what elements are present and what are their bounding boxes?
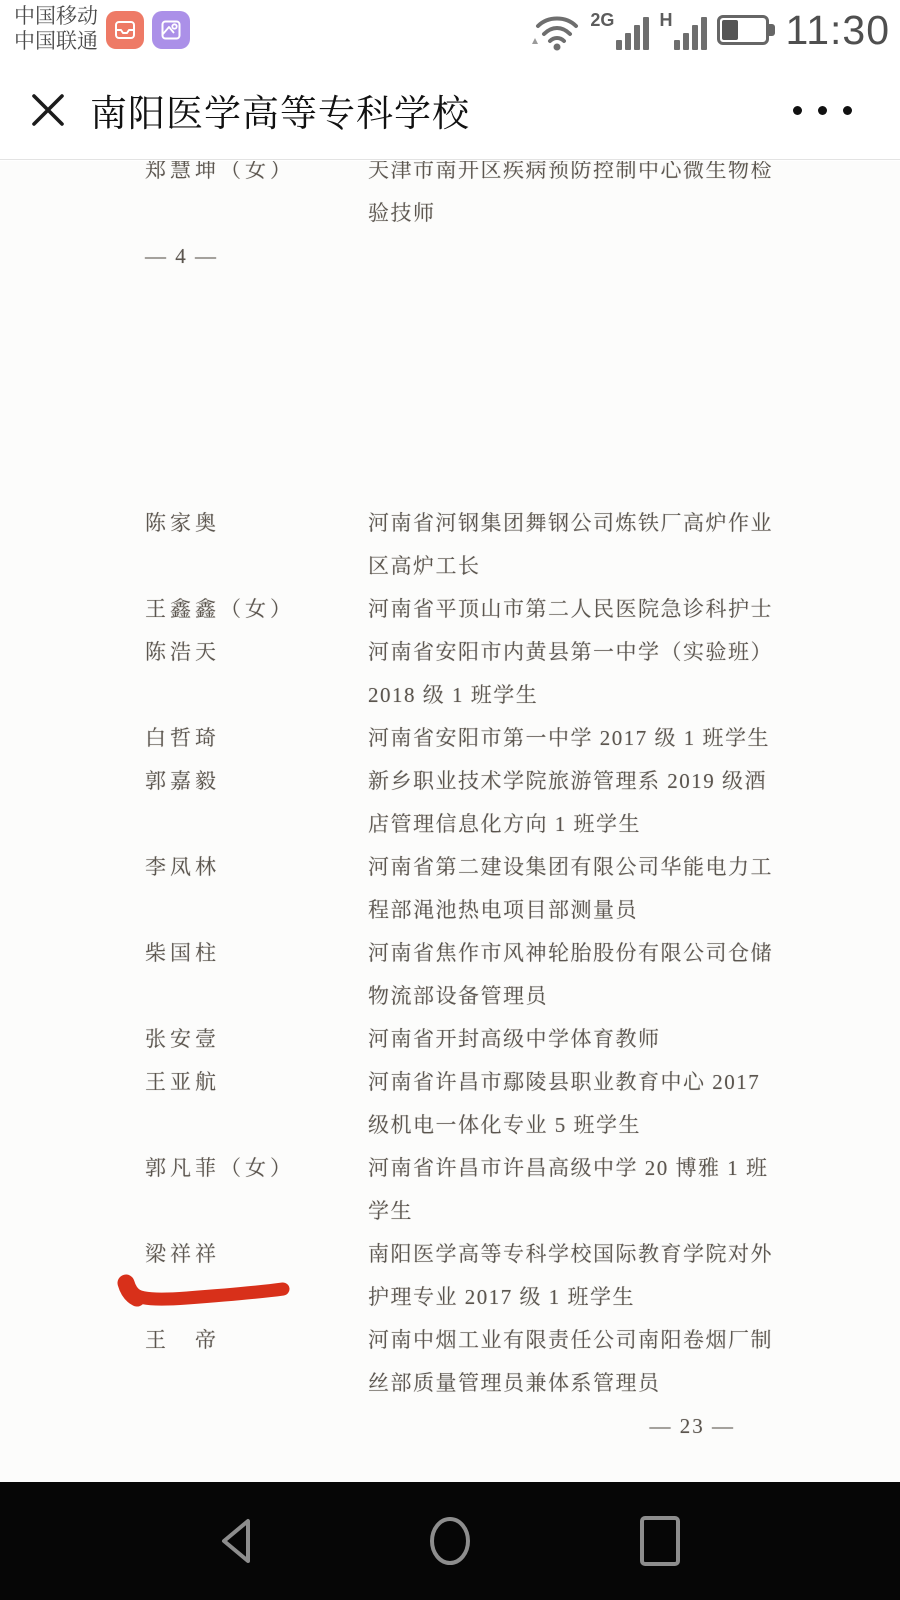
inbox-notification-icon: [106, 11, 144, 49]
wifi-icon: [528, 8, 580, 52]
network-type-label: H: [659, 10, 672, 31]
person-affiliation: 河南省安阳市内黄县第一中学（实验班） 2018 级 1 班学生: [368, 631, 780, 717]
person-affiliation: 河南省许昌市鄢陵县职业教育中心 2017 级机电一体化专业 5 班学生: [368, 1061, 780, 1147]
table-row-highlighted: 梁祥祥 南阳医学高等专科学校国际教育学院对外 护理专业 2017 级 1 班学生: [145, 1233, 780, 1319]
more-icon: [793, 106, 802, 115]
gallery-notification-icon: [152, 11, 190, 49]
signal-bars-icon: [616, 16, 649, 50]
android-nav-bar: [0, 1482, 900, 1600]
more-icon: [818, 106, 827, 115]
table-row: 李凤林 河南省第二建设集团有限公司华能电力工 程部渑池热电项目部测量员: [145, 846, 780, 932]
table-row: 张安壹 河南省开封高级中学体育教师: [145, 1018, 780, 1061]
inbox-icon: [113, 18, 137, 42]
person-affiliation: 河南省平顶山市第二人民医院急诊科护士: [368, 588, 780, 631]
table-row: 王亚航 河南省许昌市鄢陵县职业教育中心 2017 级机电一体化专业 5 班学生: [145, 1061, 780, 1147]
person-name: 柴国柱: [145, 932, 368, 1018]
title-bar: 南阳医学高等专科学校: [0, 60, 900, 160]
table-row: 王 帝 河南中烟工业有限责任公司南阳卷烟厂制 丝部质量管理员兼体系管理员: [145, 1319, 780, 1405]
person-name: 陈浩天: [145, 631, 368, 717]
person-affiliation: 天津市南开区疾病预防控制中心微生物检 验技师: [368, 161, 780, 235]
person-affiliation: 新乡职业技术学院旅游管理系 2019 级酒 店管理信息化方向 1 班学生: [368, 760, 780, 846]
status-bar: 中国移动 中国联通 2G H: [0, 0, 900, 60]
carrier-line-1: 中国移动: [14, 4, 98, 29]
battery-icon: [717, 15, 775, 45]
person-affiliation: 河南省河钢集团舞钢公司炼铁厂高炉作业 区高炉工长: [368, 502, 780, 588]
network-type-label: 2G: [590, 10, 614, 31]
recents-icon: [632, 1513, 688, 1569]
table-row: 陈浩天 河南省安阳市内黄县第一中学（实验班） 2018 级 1 班学生: [145, 631, 780, 717]
person-name: 张安壹: [145, 1018, 368, 1061]
person-affiliation: 河南省开封高级中学体育教师: [368, 1018, 780, 1061]
back-button[interactable]: [205, 1506, 275, 1576]
table-row: 郑慧坤（女） 天津市南开区疾病预防控制中心微生物检 验技师: [145, 161, 780, 235]
person-name: 王亚航: [145, 1061, 368, 1147]
person-name: 王 帝: [145, 1319, 368, 1405]
close-button[interactable]: [26, 88, 70, 132]
status-indicators: 2G H 11:30: [528, 0, 890, 60]
person-affiliation: 河南省焦作市风神轮胎股份有限公司仓储 物流部设备管理员: [368, 932, 780, 1018]
person-name: 郭嘉毅: [145, 760, 368, 846]
person-name: 王鑫鑫（女）: [145, 588, 368, 631]
close-icon: [26, 88, 70, 132]
more-button[interactable]: [793, 60, 852, 160]
table-row: 郭凡菲（女） 河南省许昌市许昌高级中学 20 博雅 1 班 学生: [145, 1147, 780, 1233]
carrier-line-2: 中国联通: [14, 29, 98, 54]
table-row: 郭嘉毅 新乡职业技术学院旅游管理系 2019 级酒 店管理信息化方向 1 班学生: [145, 760, 780, 846]
table-row: 白哲琦 河南省安阳市第一中学 2017 级 1 班学生: [145, 717, 780, 760]
data-arrow-icon: [532, 38, 538, 44]
carrier-text: 中国移动 中国联通: [14, 4, 98, 54]
signal-bars-icon: [674, 16, 707, 50]
clock: 11:30: [785, 7, 890, 54]
page-number-bottom: — 23 —: [145, 1405, 780, 1448]
person-affiliation: 河南省安阳市第一中学 2017 级 1 班学生: [368, 717, 780, 760]
scanned-document: 郑慧坤（女） 天津市南开区疾病预防控制中心微生物检 验技师 — 4 — 陈家奥 …: [0, 161, 900, 1448]
more-icon: [843, 106, 852, 115]
back-icon: [212, 1513, 268, 1569]
person-name: 陈家奥: [145, 502, 368, 588]
page-title: 南阳医学高等专科学校: [90, 60, 470, 160]
home-button[interactable]: [415, 1506, 485, 1576]
person-name: 李凤林: [145, 846, 368, 932]
picture-icon: [159, 18, 183, 42]
person-name: 郑慧坤（女）: [145, 161, 368, 235]
person-name: 梁祥祥: [145, 1233, 368, 1319]
home-icon: [422, 1513, 478, 1569]
person-affiliation: 河南省许昌市许昌高级中学 20 博雅 1 班 学生: [368, 1147, 780, 1233]
person-affiliation: 河南中烟工业有限责任公司南阳卷烟厂制 丝部质量管理员兼体系管理员: [368, 1319, 780, 1405]
document-scroll-area[interactable]: 郑慧坤（女） 天津市南开区疾病预防控制中心微生物检 验技师 — 4 — 陈家奥 …: [0, 161, 900, 1482]
person-affiliation: 南阳医学高等专科学校国际教育学院对外 护理专业 2017 级 1 班学生: [368, 1233, 780, 1319]
table-row: 柴国柱 河南省焦作市风神轮胎股份有限公司仓储 物流部设备管理员: [145, 932, 780, 1018]
person-affiliation: 河南省第二建设集团有限公司华能电力工 程部渑池热电项目部测量员: [368, 846, 780, 932]
person-name: 郭凡菲（女）: [145, 1147, 368, 1233]
signal-h: H: [659, 10, 707, 50]
page-number-top: — 4 —: [145, 235, 780, 278]
table-row: 陈家奥 河南省河钢集团舞钢公司炼铁厂高炉作业 区高炉工长: [145, 502, 780, 588]
table-row: 王鑫鑫（女） 河南省平顶山市第二人民医院急诊科护士: [145, 588, 780, 631]
person-name: 白哲琦: [145, 717, 368, 760]
signal-2g: 2G: [590, 10, 649, 50]
recents-button[interactable]: [625, 1506, 695, 1576]
